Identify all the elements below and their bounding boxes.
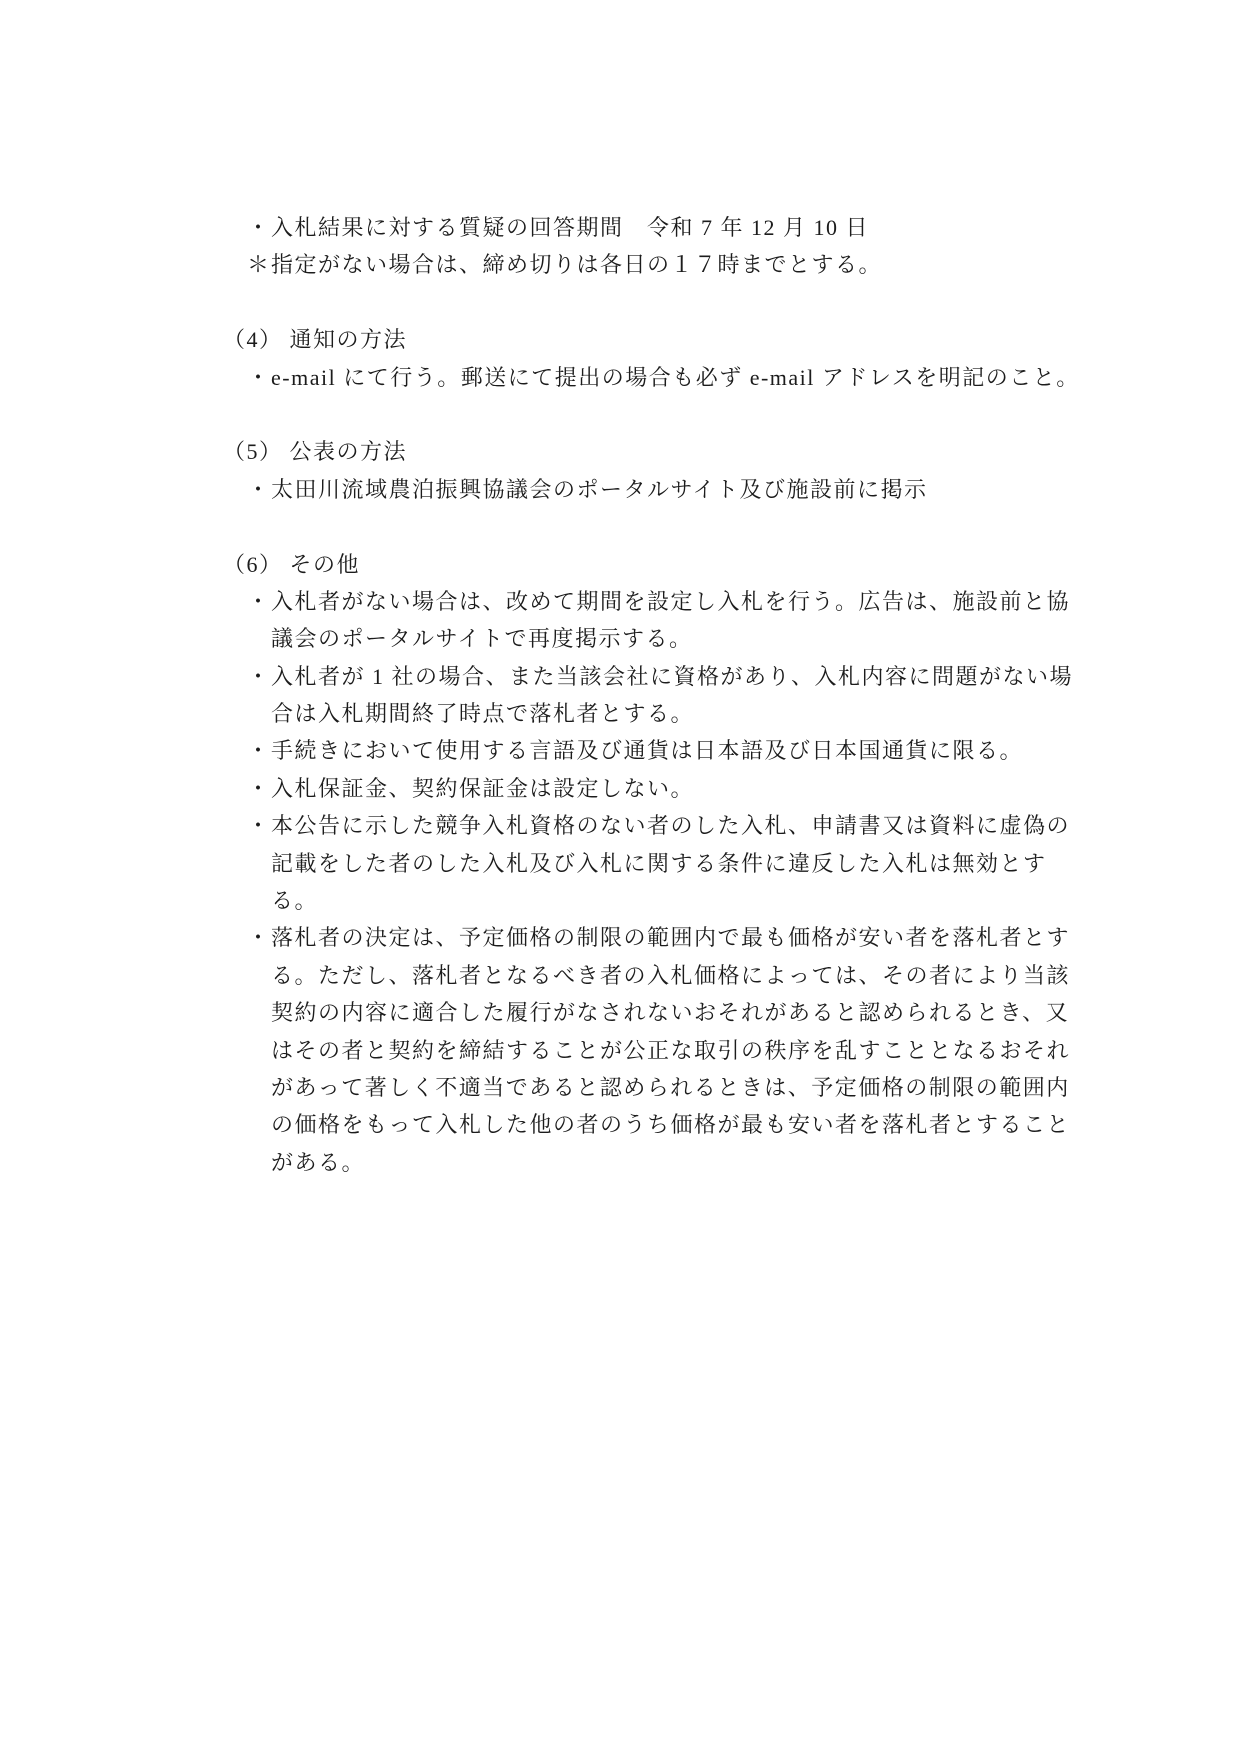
bullet-marker: ・ — [247, 583, 269, 620]
list-item: ・ 本公告に示した競争入札資格のない者のした入札、申請書又は資料に虚偽の記載をし… — [271, 807, 1181, 919]
list-item: ・ 入札者がない場合は、改めて期間を設定し入札を行う。広告は、施設前と協議会のポ… — [271, 583, 1181, 658]
bullet-marker: ・ — [247, 732, 269, 769]
sections-block: （4） 通知の方法 ・ e-mail にて行う。郵送にて提出の場合も必ず e-m… — [223, 284, 1181, 1181]
list-item: ・ 落札者の決定は、予定価格の制限の範囲内で最も価格が安い者を落札者とする。ただ… — [271, 919, 1181, 1181]
bullet-marker: ・ — [247, 770, 269, 807]
item-line: の価格をもって入札した他の者のうち価格が最も安い者を落札者とすること — [271, 1106, 1181, 1143]
item-line: e-mail にて行う。郵送にて提出の場合も必ず e-mail アドレスを明記の… — [271, 359, 1181, 396]
list-item: ・ 入札保証金、契約保証金は設定しない。 — [271, 770, 1181, 807]
item-line: 合は入札期間終了時点で落札者とする。 — [271, 695, 1181, 732]
document-content: ・ 入札結果に対する質疑の回答期間 令和 7 年 12 月 10 日 ＊ 指定が… — [223, 209, 1181, 1181]
list-item: ・ 太田川流域農泊振興協議会のポータルサイト及び施設前に掲示 — [271, 471, 1181, 508]
item-line: 入札者がない場合は、改めて期間を設定し入札を行う。広告は、施設前と協 — [271, 583, 1181, 620]
bullet-marker: ・ — [247, 359, 269, 396]
item-line: 契約の内容に適合した履行がなされないおそれがあると認められるとき、又 — [271, 994, 1181, 1031]
list-item: ・ 入札者が 1 社の場合、また当該会社に資格があり、入札内容に問題がない場合は… — [271, 658, 1181, 733]
section-gap — [223, 508, 1181, 545]
item-line: 記載をした者のした入札及び入札に関する条件に違反した入札は無効とす — [271, 845, 1181, 882]
item-line: 入札結果に対する質疑の回答期間 令和 7 年 12 月 10 日 — [271, 209, 1181, 246]
item-line: る。ただし、落札者となるべき者の入札価格によっては、その者により当該 — [271, 957, 1181, 994]
intro-block: ・ 入札結果に対する質疑の回答期間 令和 7 年 12 月 10 日 ＊ 指定が… — [223, 209, 1181, 284]
item-line: 手続きにおいて使用する言語及び通貨は日本語及び日本国通貨に限る。 — [271, 732, 1181, 769]
item-line: 本公告に示した競争入札資格のない者のした入札、申請書又は資料に虚偽の — [271, 807, 1181, 844]
bullet-marker: ・ — [247, 807, 269, 844]
section-heading: （4） 通知の方法 — [223, 321, 1181, 358]
list-item: ・ e-mail にて行う。郵送にて提出の場合も必ず e-mail アドレスを明… — [271, 359, 1181, 396]
list-item: ・ 手続きにおいて使用する言語及び通貨は日本語及び日本国通貨に限る。 — [271, 732, 1181, 769]
section-gap — [223, 284, 1181, 321]
item-line: がある。 — [271, 1144, 1181, 1181]
item-line: 入札者が 1 社の場合、また当該会社に資格があり、入札内容に問題がない場 — [271, 658, 1181, 695]
bullet-marker: ＊ — [247, 246, 269, 283]
bullet-marker: ・ — [247, 209, 269, 246]
bullet-marker: ・ — [247, 919, 269, 956]
item-line: があって著しく不適当であると認められるときは、予定価格の制限の範囲内 — [271, 1069, 1181, 1106]
bullet-marker: ・ — [247, 658, 269, 695]
bullet-marker: ・ — [247, 471, 269, 508]
list-item: ・ 入札結果に対する質疑の回答期間 令和 7 年 12 月 10 日 — [271, 209, 1181, 246]
item-line: 議会のポータルサイトで再度掲示する。 — [271, 620, 1181, 657]
section-heading: （6） その他 — [223, 546, 1181, 583]
item-line: 入札保証金、契約保証金は設定しない。 — [271, 770, 1181, 807]
item-line: 太田川流域農泊振興協議会のポータルサイト及び施設前に掲示 — [271, 471, 1181, 508]
list-item: ＊ 指定がない場合は、締め切りは各日の１７時までとする。 — [271, 246, 1181, 283]
item-line: る。 — [271, 882, 1181, 919]
item-line: はその者と契約を締結することが公正な取引の秩序を乱すこととなるおそれ — [271, 1032, 1181, 1069]
document-page: ・ 入札結果に対する質疑の回答期間 令和 7 年 12 月 10 日 ＊ 指定が… — [0, 0, 1241, 1755]
section: （4） 通知の方法 ・ e-mail にて行う。郵送にて提出の場合も必ず e-m… — [223, 284, 1181, 396]
section: （6） その他 ・ 入札者がない場合は、改めて期間を設定し入札を行う。広告は、施… — [223, 508, 1181, 1181]
section-heading: （5） 公表の方法 — [223, 433, 1181, 470]
section-gap — [223, 396, 1181, 433]
item-line: 指定がない場合は、締め切りは各日の１７時までとする。 — [271, 246, 1181, 283]
item-line: 落札者の決定は、予定価格の制限の範囲内で最も価格が安い者を落札者とす — [271, 919, 1181, 956]
section: （5） 公表の方法 ・ 太田川流域農泊振興協議会のポータルサイト及び施設前に掲示 — [223, 396, 1181, 508]
